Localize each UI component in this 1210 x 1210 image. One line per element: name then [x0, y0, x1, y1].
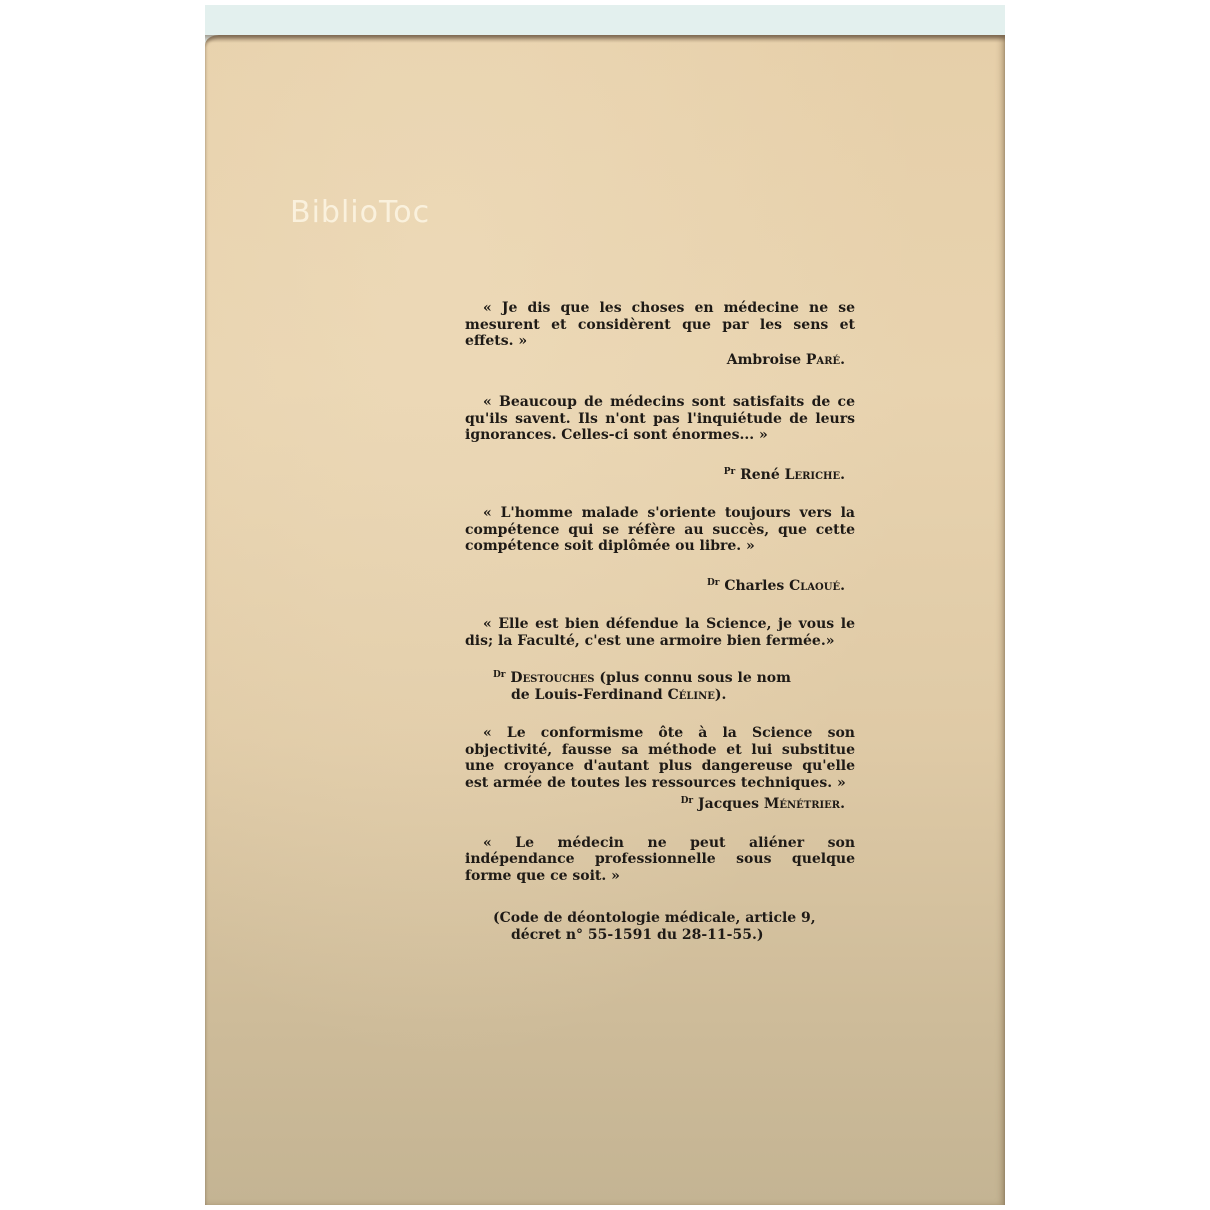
quote-text: « L'homme malade s'oriente toujours vers…: [465, 505, 855, 555]
author-first-name: Ambroise: [727, 352, 801, 368]
author-first-name: René: [740, 467, 780, 483]
quote-text: « Je dis que les choses en médecine ne s…: [465, 300, 855, 350]
author-note: (plus connu sous le nom: [599, 670, 791, 686]
author-last-name: Destouches: [510, 670, 594, 686]
author-last-name: Leriche.: [785, 467, 845, 483]
author-first-name: Jacques: [698, 796, 759, 812]
quote-author: Pr René Leriche.: [465, 464, 855, 484]
author-title: Dr: [493, 670, 506, 680]
quote-text: « Le médecin ne peut aliéner son indépen…: [465, 835, 855, 885]
source-line-2: décret n° 55-1591 du 28-11-55.): [493, 927, 855, 944]
quote-deontologie: « Le médecin ne peut aliéner son indépen…: [465, 835, 855, 944]
watermark: BiblioToc: [290, 195, 430, 230]
author-title: Dr: [707, 578, 720, 588]
author-last-name: Claoué.: [789, 578, 845, 594]
author-last-name: Ménétrier.: [764, 796, 845, 812]
book-page-photo: BiblioToc « Je dis que les choses en méd…: [205, 5, 1005, 1205]
quote-author: Ambroise Paré.: [465, 352, 855, 369]
quote-claoue: « L'homme malade s'oriente toujours vers…: [465, 505, 855, 594]
quote-author: Dr Destouches (plus connu sous le nom de…: [465, 667, 855, 703]
author-first-name: Charles: [724, 578, 784, 594]
quote-text: « Beaucoup de médecins sont satisfaits d…: [465, 394, 855, 444]
author-note: de Louis-Ferdinand: [511, 687, 663, 703]
quote-destouches: « Elle est bien défendue la Science, je …: [465, 616, 855, 703]
author-pen-name: Céline: [668, 687, 715, 703]
quote-text: « Le conformisme ôte à la Science son ob…: [465, 725, 855, 791]
quote-author: Dr Charles Claoué.: [465, 575, 855, 595]
author-last-name: Paré.: [806, 352, 845, 368]
quote-source: (Code de déontologie médicale, article 9…: [465, 910, 855, 943]
author-note-end: ).: [715, 687, 727, 703]
epigraph-quotes: « Je dis que les choses en médecine ne s…: [465, 300, 855, 957]
author-title: Pr: [724, 467, 736, 477]
quote-menetrier: « Le conformisme ôte à la Science son ob…: [465, 725, 855, 813]
paper-page: BiblioToc « Je dis que les choses en méd…: [205, 35, 1005, 1205]
quote-text: « Elle est bien défendue la Science, je …: [465, 616, 855, 649]
author-title: Dr: [681, 796, 694, 806]
quote-author: Dr Jacques Ménétrier.: [465, 793, 855, 813]
quote-pare: « Je dis que les choses en médecine ne s…: [465, 300, 855, 368]
quote-leriche: « Beaucoup de médecins sont satisfaits d…: [465, 394, 855, 483]
source-line-1: (Code de déontologie médicale, article 9…: [493, 910, 816, 926]
